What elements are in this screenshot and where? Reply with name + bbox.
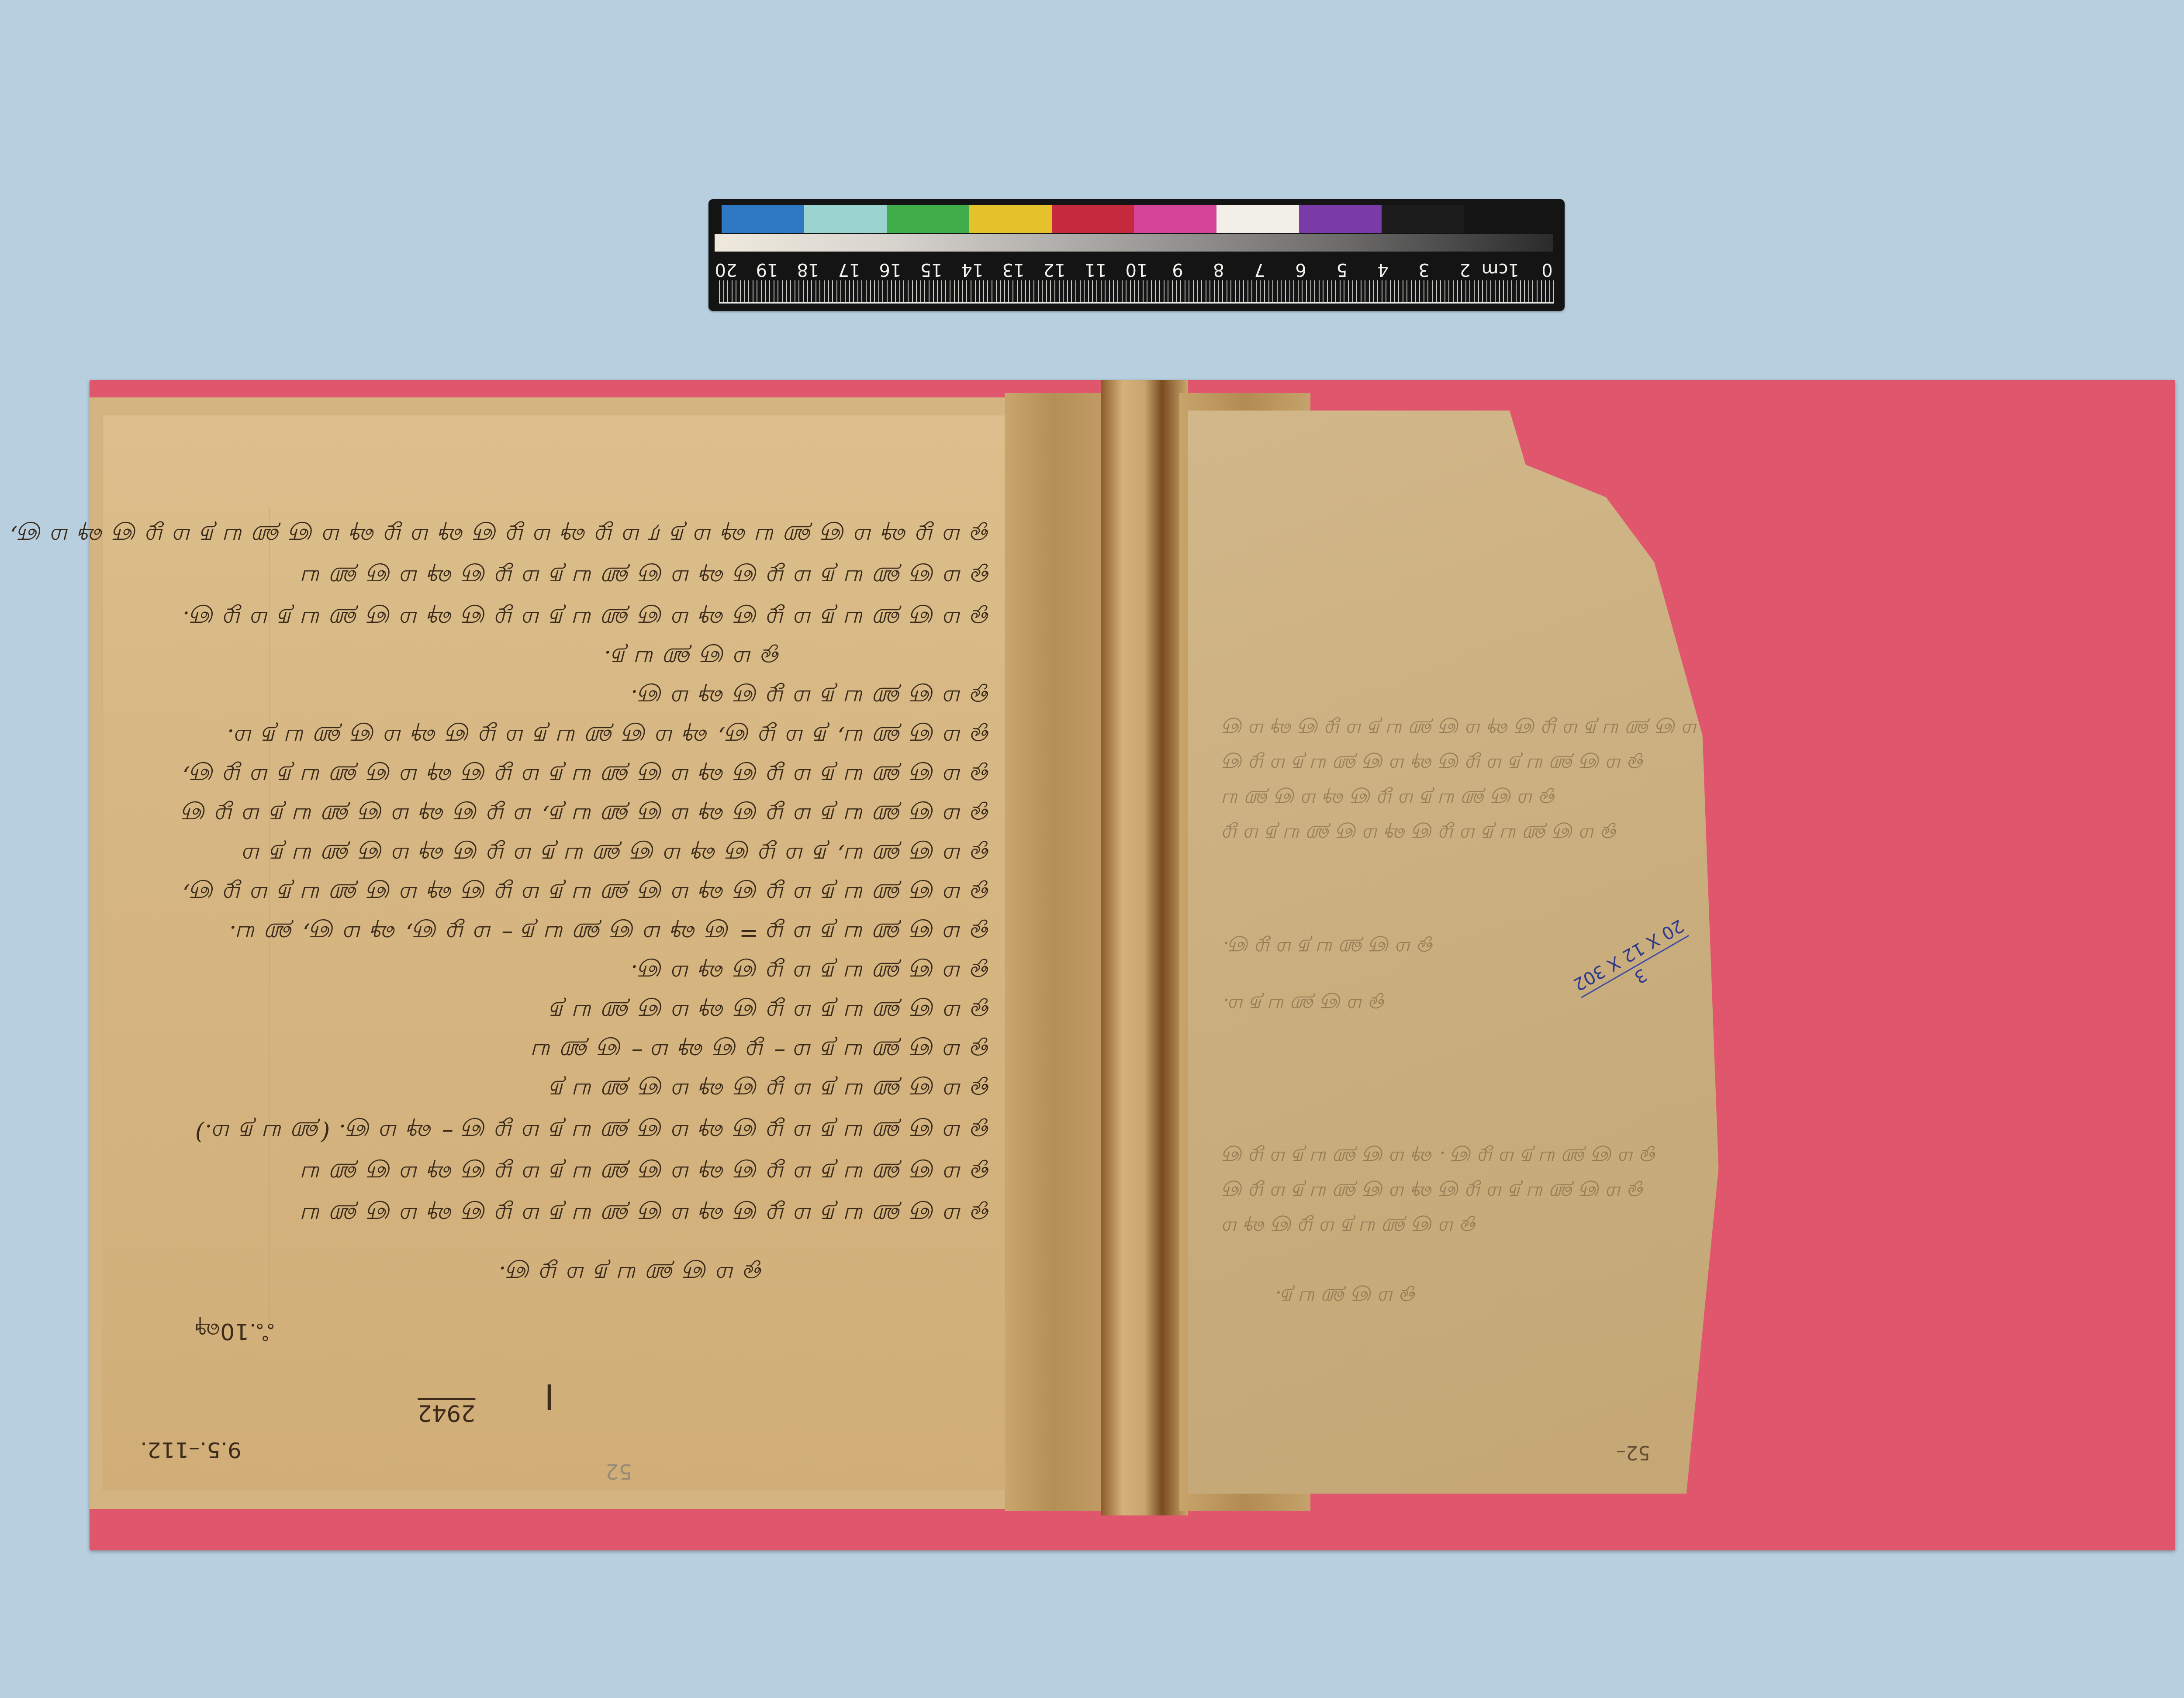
swatch-red	[1052, 205, 1134, 233]
margin-note: ஃ.10ஷ	[195, 1315, 274, 1344]
manuscript-line: ஒ ம ஞ ஹ ய ந ம ழ ஞ.	[498, 1258, 763, 1287]
scale-number: 11	[1082, 253, 1109, 280]
faded-line: ஒ ம ஞ ஹ ய ந ம ழ ஞ ஷ ம ஞ ஹ ய	[1223, 786, 1556, 811]
faded-line: ஒ ம ஞ ஹ ய ந.	[1275, 1284, 1417, 1309]
faded-line: ஒ ம ஞ ஹ ய ந ம ழ ஞ ஷ ம ஞ ஹ ய ந ம ழ ஞ ஷ ம …	[1223, 716, 1721, 741]
color-swatch-row	[722, 205, 1464, 233]
manuscript-line: ஒ ம ஞ ஹ ய ந ம ழ ஞ ஷ ம ஞ ஹ ய ந ம ழ ஞ ஷ ம …	[301, 1158, 990, 1187]
manuscript-line: ஒ ம ஞ ஹ ய ந ம ழ ஞ ஷ ம ஞ ஹ ய ந ம ழ ஞ ஷ ம …	[301, 1199, 990, 1229]
manuscript-line: ஒ ம ழ ஷ ம ஞ ஹ ய ஷ ம ந ர ம ழ ஷ ம ழ ஞ ஷ ம …	[9, 520, 990, 549]
swatch-purple	[1299, 205, 1382, 233]
swatch-green	[887, 205, 969, 233]
swatch-white	[1216, 205, 1299, 233]
faded-line: ஒ ம ஞ ஹ ய ந ம ழ ஞ . ஷ ம ஞ ஹ ய ந ம ழ ஞ	[1223, 1144, 1657, 1169]
manuscript-line: ஒ ம ஞ ஹ ய, ந ம ழ ஞ ஷ ம ஞ ஹ ய ந ம ழ ஞ ஷ ம…	[242, 839, 990, 868]
scale-number: 19	[754, 253, 780, 280]
scale-number: 15	[918, 253, 944, 280]
color-calibration-ruler: 20 19 18 17 16 15 14 13 12 11 10 9 8 7 6…	[708, 199, 1565, 311]
page-number-mark: 52–	[1616, 1441, 1650, 1463]
pencil-mark: 52	[605, 1459, 632, 1484]
manuscript-line: ஒ ம ஞ ஹ ய ந ம ழ ஞ ஷ ம ஞ.	[630, 957, 990, 986]
manuscript-line: ஒ ம ஞ ஹ ய ந ம ழ ஞ ஷ ம ஞ ஹ ய ந	[549, 996, 991, 1025]
scale-number: 4	[1370, 253, 1396, 280]
roman-numeral-mark: I	[544, 1376, 555, 1417]
text-frame: ஒ ம ழ ஷ ம ஞ ஹ ய ஷ ம ந ர ம ழ ஷ ம ழ ஞ ஷ ம …	[269, 507, 1008, 1324]
swatch-magenta	[1134, 205, 1216, 233]
manuscript-line: ஒ ம ஞ ஹ ய ந ம ழ ஞ ஷ ம ஞ ஹ ய ந	[549, 1075, 991, 1104]
ruler-ticks	[719, 280, 1554, 302]
faded-line: ஒ ம ஞ ஹ ய ந ம ழ ஞ ஷ ம	[1223, 1214, 1477, 1239]
scale-number: 16	[877, 253, 903, 280]
manuscript-line: ஒ ம ஞ ஹ ய ந ம – ழ ஞ ஷ ம – ஞ ஹ ய	[532, 1035, 990, 1065]
faded-line: ஒ ம ஞ ஹ ய ந ம ழ ஞ ஷ ம ஞ ஹ ய ந ம ழ ஞ	[1223, 751, 1645, 776]
scale-number: 3	[1411, 253, 1437, 280]
scale-number: 18	[795, 253, 821, 280]
faded-line: ஒ ம ஞ ஹ ய ந ம.	[1223, 991, 1386, 1016]
ruler-baseline	[719, 302, 1554, 304]
scale-number: 8	[1206, 253, 1232, 280]
manuscript-line: ஒ ம ஞ ஹ ய ந ம ழ ஞ ஷ ம ஞ ஹ ய ந ம ழ ஞ ஷ ம …	[182, 603, 990, 632]
manuscript-line: ஒ ம ஞ ஹ ய ந ம ழ ஞ ஷ ம ஞ ஹ ய ந ம ழ ஞ ஷ ம …	[182, 760, 990, 790]
scale-number: 7	[1247, 253, 1273, 280]
manuscript-line: ஒ ம ஞ ஹ ய ந ம ழ ஞ ஷ ம ஞ ஹ ய ந, ம ழ ஞ ஷ ம…	[182, 800, 990, 829]
grayscale-strip	[715, 234, 1553, 252]
scale-number: 1cm	[1493, 253, 1519, 280]
left-page-paper: ஒ ம ழ ஷ ம ஞ ஹ ய ஷ ம ந ர ம ழ ஷ ம ழ ஞ ஷ ம …	[103, 415, 1099, 1490]
scale-number: 5	[1329, 253, 1355, 280]
faded-line: ஒ ம ஞ ஹ ய ந ம ழ ஞ.	[1223, 935, 1434, 959]
date-note: 9.5.–112.	[140, 1437, 242, 1463]
swatch-black	[1382, 205, 1464, 233]
book-spine	[1101, 380, 1188, 1515]
scale-number: 0	[1534, 253, 1560, 280]
scale-number: 6	[1288, 253, 1314, 280]
left-page: ஒ ம ழ ஷ ம ஞ ஹ ய ஷ ம ந ர ம ழ ஷ ம ழ ஞ ஷ ம …	[90, 397, 1129, 1509]
scale-number: 9	[1165, 253, 1191, 280]
swatch-cyan	[804, 205, 887, 233]
manuscript-line: ஒ ம ஞ ஹ ய, ந ம ழ ஞ, ஷ ம ஞ ஹ ய ந ம ழ ஞ ஷ …	[226, 721, 990, 750]
swatch-yellow	[969, 205, 1052, 233]
scale-number: 20	[713, 253, 739, 280]
faded-line: ஒ ம ஞ ஹ ய ந ம ழ ஞ ஷ ம ஞ ஹ ய ந ம ழ	[1223, 821, 1618, 846]
catalog-number: 2942	[418, 1398, 475, 1426]
ruler-scale-numbers: 20 19 18 17 16 15 14 13 12 11 10 9 8 7 6…	[713, 253, 1560, 280]
scale-number: 14	[959, 253, 985, 280]
manuscript-line: ஒ ம ஞ ஹ ய ந ம ழ = ஞ ஷ ம ஞ ஹ ய ந – ம ழ ஞ,…	[228, 918, 990, 947]
faded-line: ஒ ம ஞ ஹ ய ந ம ழ ஞ ஷ ம ஞ ஹ ய ந ம ழ ஞ	[1223, 1179, 1645, 1204]
manuscript-line: ஒ ம ஞ ஹ ய ந ம ழ ஞ ஷ ம ஞ ஹ ய ந ம ழ ஞ ஷ ம …	[182, 878, 990, 908]
manuscript-line: ஒ ம ஞ ஹ ய ந.	[603, 642, 781, 672]
scale-number: 2	[1452, 253, 1478, 280]
manuscript-line: ஒ ம ஞ ஹ ய ந ம ழ ஞ ஷ ம ஞ.	[630, 682, 990, 711]
swatch-blue	[722, 205, 804, 233]
scale-number: 12	[1041, 253, 1068, 280]
scale-number: 10	[1123, 253, 1150, 280]
manuscript-line: ஒ ம ஞ ஹ ய ந ம ழ ஞ ஷ ம ஞ ஹ ய ந ம ழ ஞ – ஷ …	[194, 1116, 990, 1146]
scale-number: 13	[1000, 253, 1026, 280]
manuscript-line: ஒ ம ஞ ஹ ய ந ம ழ ஞ ஷ ம ஞ ஹ ய ந ம ழ ஞ ஷ ம …	[301, 562, 990, 591]
scale-number: 17	[836, 253, 862, 280]
